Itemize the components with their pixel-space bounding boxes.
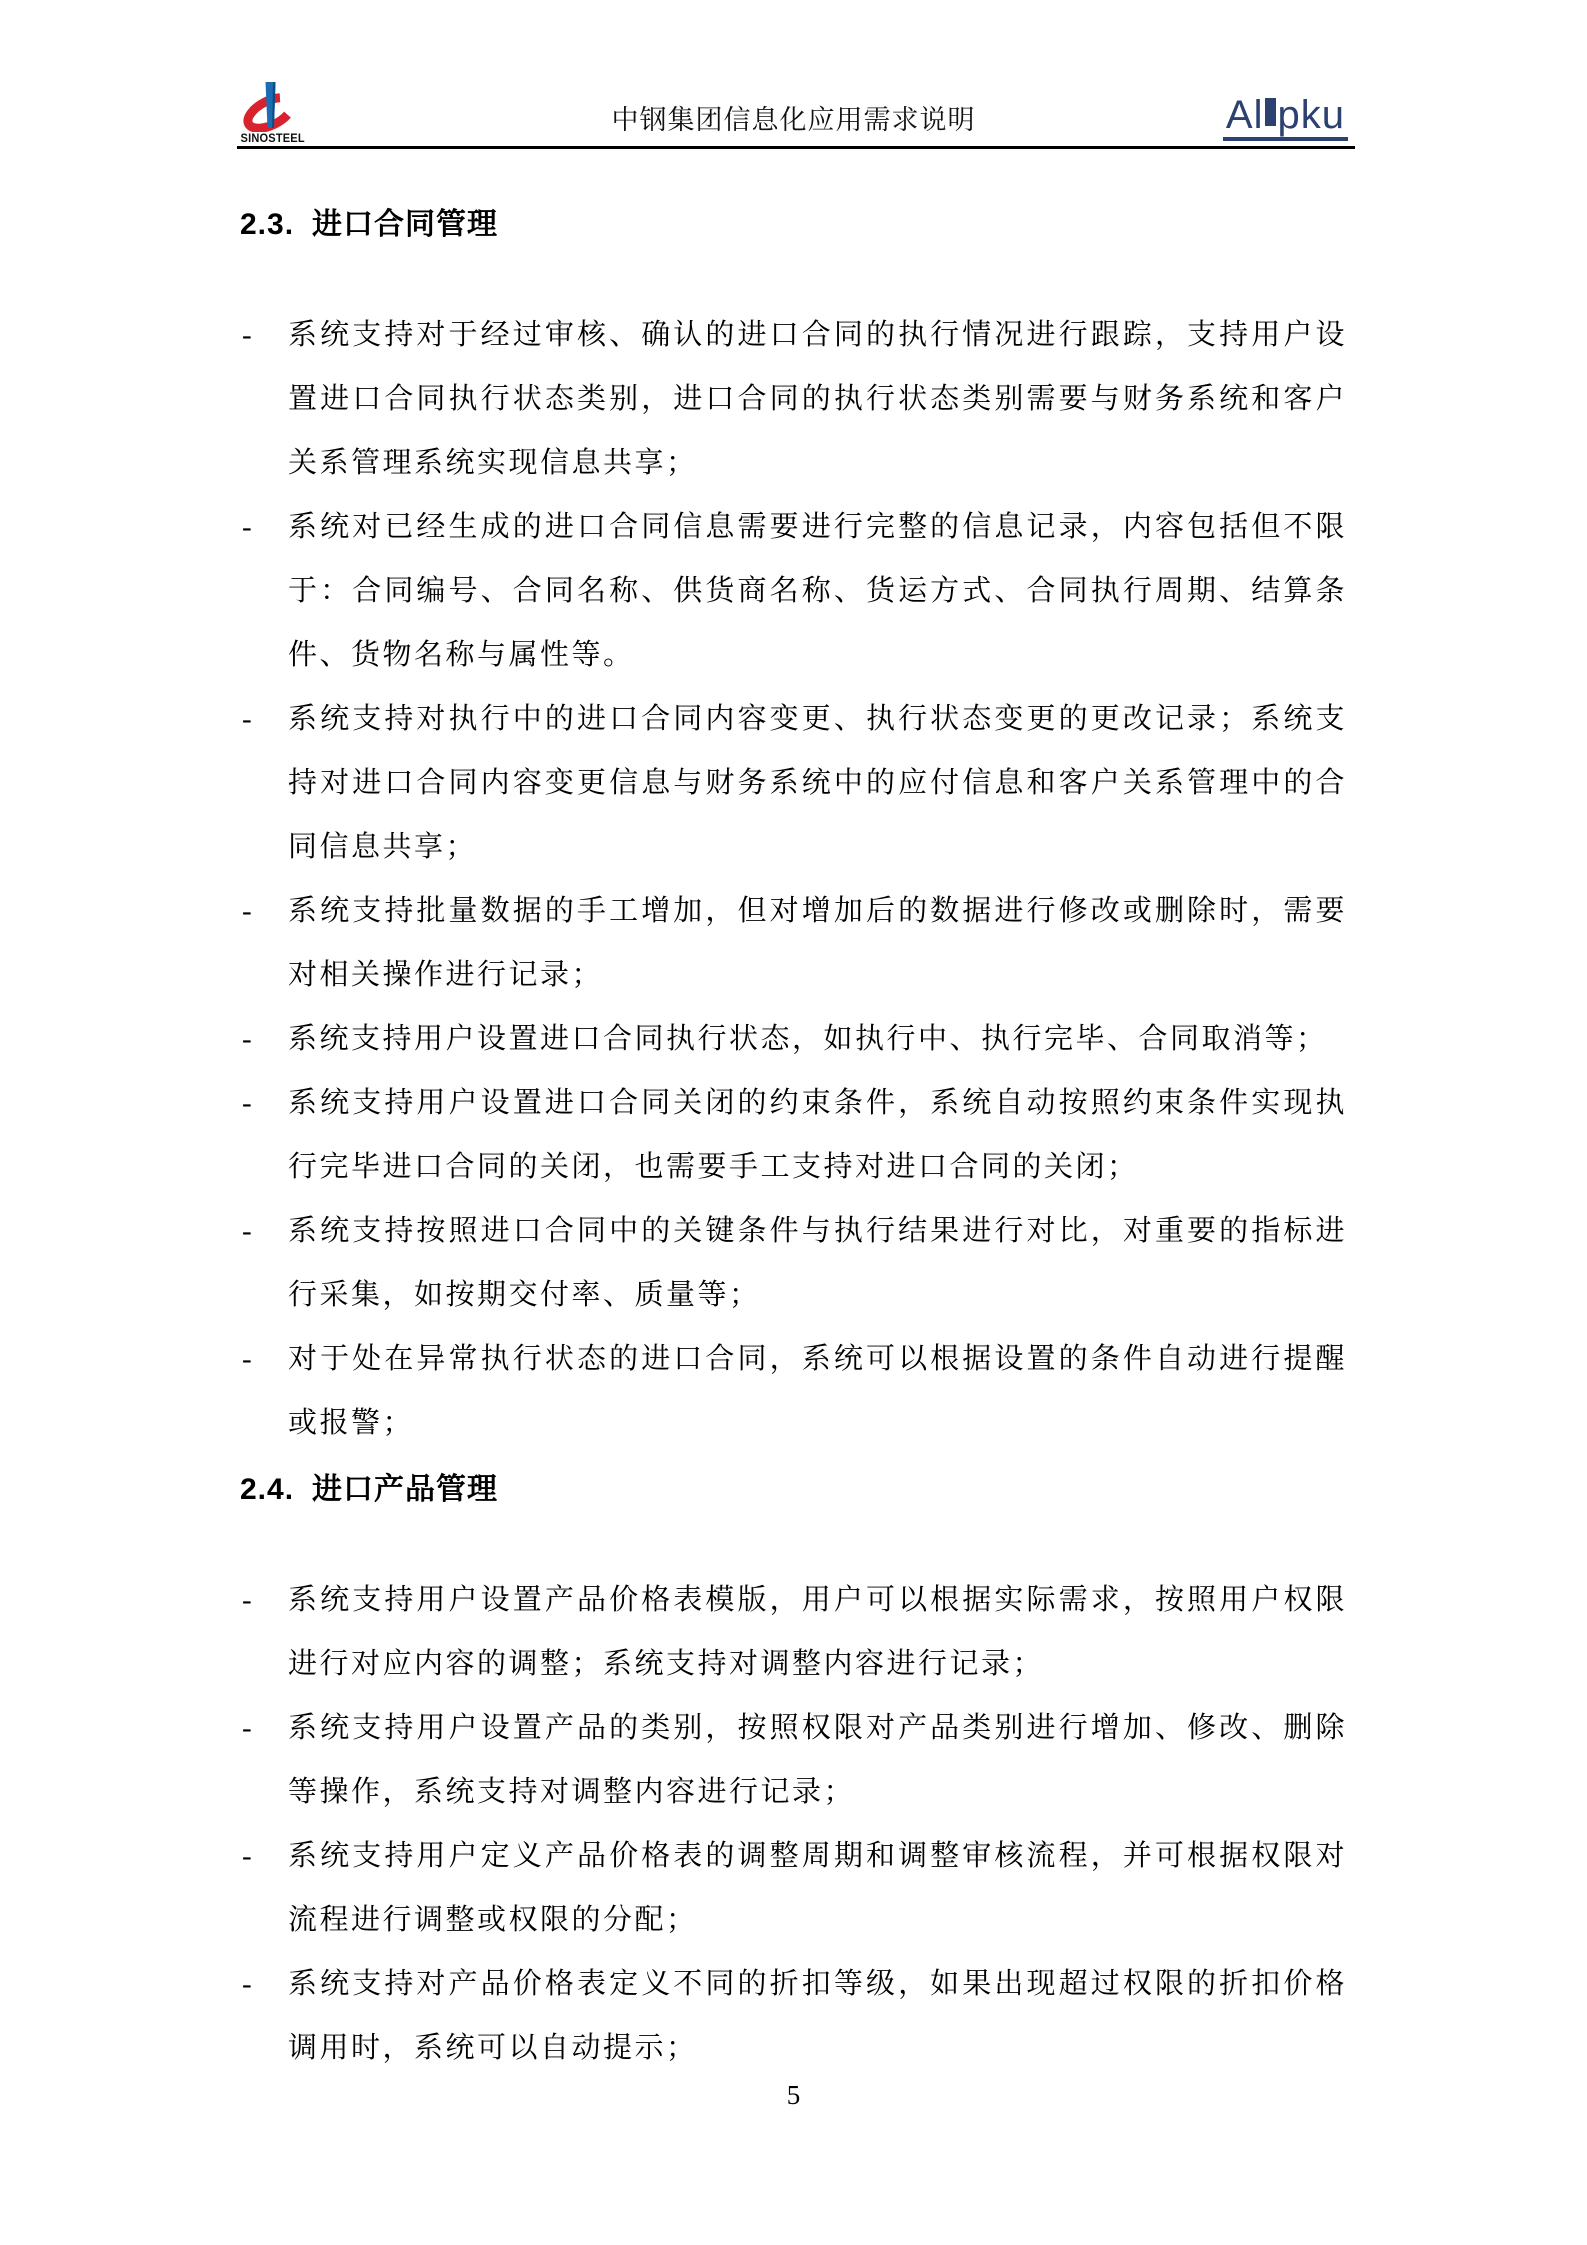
- document-section: 2.3. 进口合同管理 - 系统支持对于经过审核、确认的进口合同的执行情况进行跟…: [240, 205, 1347, 1455]
- bullet-text: 系统支持用户设置产品价格表模版，用户可以根据实际需求，按照用户权限进行对应内容的…: [288, 1584, 1347, 1680]
- bullet-item: - 系统支持批量数据的手工增加，但对增加后的数据进行修改或删除时，需要对相关操作…: [240, 879, 1347, 1007]
- bullet-marker: -: [242, 879, 252, 943]
- bullet-list: - 系统支持用户设置产品价格表模版，用户可以根据实际需求，按照用户权限进行对应内…: [240, 1568, 1347, 2080]
- allpku-logo: Al pku: [1223, 95, 1348, 141]
- document-section: 2.4. 进口产品管理 - 系统支持用户设置产品价格表模版，用户可以根据实际需求…: [240, 1470, 1347, 2080]
- bullet-text: 系统支持对产品价格表定义不同的折扣等级，如果出现超过权限的折扣价格调用时，系统可…: [288, 1968, 1347, 2064]
- section-heading: 2.3. 进口合同管理: [240, 205, 1347, 245]
- bullet-text: 系统支持按照进口合同中的关键条件与执行结果进行对比，对重要的指标进行采集，如按期…: [288, 1215, 1347, 1311]
- section-title: 进口合同管理: [312, 205, 498, 245]
- allpku-block-icon: [1265, 98, 1276, 126]
- bullet-marker: -: [242, 1696, 252, 1760]
- bullet-item: - 系统支持用户设置产品的类别，按照权限对产品类别进行增加、修改、删除等操作，系…: [240, 1696, 1347, 1824]
- bullet-text: 系统对已经生成的进口合同信息需要进行完整的信息记录，内容包括但不限于：合同编号、…: [288, 511, 1347, 671]
- bullet-item: - 系统支持用户定义产品价格表的调整周期和调整审核流程，并可根据权限对流程进行调…: [240, 1824, 1347, 1952]
- bullet-text: 系统支持批量数据的手工增加，但对增加后的数据进行修改或删除时，需要对相关操作进行…: [288, 895, 1347, 991]
- bullet-item: - 系统对已经生成的进口合同信息需要进行完整的信息记录，内容包括但不限于：合同编…: [240, 495, 1347, 687]
- bullet-marker: -: [242, 495, 252, 559]
- bullet-marker: -: [242, 1199, 252, 1263]
- bullet-item: - 系统支持按照进口合同中的关键条件与执行结果进行对比，对重要的指标进行采集，如…: [240, 1199, 1347, 1327]
- section-number: 2.4.: [240, 1470, 294, 1510]
- section-title: 进口产品管理: [312, 1470, 498, 1510]
- document-body: 2.3. 进口合同管理 - 系统支持对于经过审核、确认的进口合同的执行情况进行跟…: [240, 205, 1347, 2080]
- document-page: SINOSTEEL 中钢集团信息化应用需求说明 Al pku 2.3. 进口合同…: [0, 0, 1587, 2245]
- bullet-text: 系统支持用户定义产品价格表的调整周期和调整审核流程，并可根据权限对流程进行调整或…: [288, 1840, 1347, 1936]
- bullet-marker: -: [242, 1327, 252, 1391]
- document-header-title: 中钢集团信息化应用需求说明: [0, 103, 1587, 137]
- bullet-marker: -: [242, 1007, 252, 1071]
- bullet-item: - 系统支持用户设置产品价格表模版，用户可以根据实际需求，按照用户权限进行对应内…: [240, 1568, 1347, 1696]
- bullet-item: - 系统支持用户设置进口合同执行状态，如执行中、执行完毕、合同取消等；: [240, 1007, 1347, 1071]
- header-divider: [237, 146, 1355, 149]
- bullet-text: 系统支持对执行中的进口合同内容变更、执行状态变更的更改记录；系统支持对进口合同内…: [288, 703, 1347, 863]
- bullet-text: 系统支持用户设置产品的类别，按照权限对产品类别进行增加、修改、删除等操作，系统支…: [288, 1712, 1347, 1808]
- bullet-list: - 系统支持对于经过审核、确认的进口合同的执行情况进行跟踪，支持用户设置进口合同…: [240, 303, 1347, 1455]
- bullet-marker: -: [242, 303, 252, 367]
- bullet-item: - 对于处在异常执行状态的进口合同，系统可以根据设置的条件自动进行提醒或报警；: [240, 1327, 1347, 1455]
- bullet-marker: -: [242, 1071, 252, 1135]
- page-number: 5: [0, 2078, 1587, 2112]
- bullet-item: - 系统支持用户设置进口合同关闭的约束条件，系统自动按照约束条件实现执行完毕进口…: [240, 1071, 1347, 1199]
- bullet-text: 系统支持用户设置进口合同执行状态，如执行中、执行完毕、合同取消等；: [288, 1023, 1328, 1055]
- bullet-marker: -: [242, 1952, 252, 2016]
- allpku-logo-left: Al: [1226, 95, 1264, 135]
- section-number: 2.3.: [240, 205, 294, 245]
- bullet-item: - 系统支持对于经过审核、确认的进口合同的执行情况进行跟踪，支持用户设置进口合同…: [240, 303, 1347, 495]
- allpku-logo-right: pku: [1278, 95, 1346, 135]
- bullet-marker: -: [242, 1824, 252, 1888]
- bullet-marker: -: [242, 687, 252, 751]
- bullet-marker: -: [242, 1568, 252, 1632]
- bullet-text: 系统支持用户设置进口合同关闭的约束条件，系统自动按照约束条件实现执行完毕进口合同…: [288, 1087, 1347, 1183]
- bullet-item: - 系统支持对产品价格表定义不同的折扣等级，如果出现超过权限的折扣价格调用时，系…: [240, 1952, 1347, 2080]
- bullet-text: 对于处在异常执行状态的进口合同，系统可以根据设置的条件自动进行提醒或报警；: [288, 1343, 1347, 1439]
- section-heading: 2.4. 进口产品管理: [240, 1470, 1347, 1510]
- bullet-item: - 系统支持对执行中的进口合同内容变更、执行状态变更的更改记录；系统支持对进口合…: [240, 687, 1347, 879]
- bullet-text: 系统支持对于经过审核、确认的进口合同的执行情况进行跟踪，支持用户设置进口合同执行…: [288, 319, 1347, 479]
